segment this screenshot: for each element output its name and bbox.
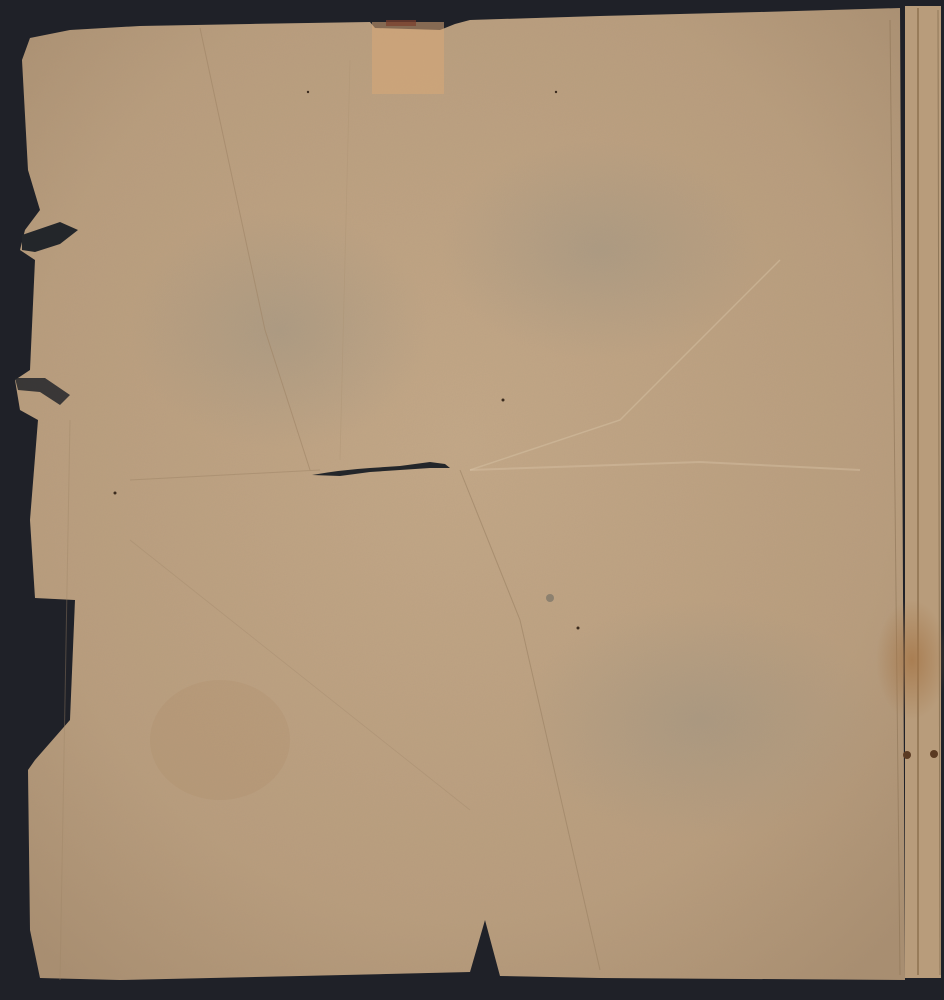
hole-2 — [930, 750, 938, 758]
spine-gutter — [905, 6, 941, 978]
manuscript-page — [0, 0, 944, 1000]
tab-mark — [372, 22, 444, 94]
hole-1 — [903, 751, 911, 759]
paper-leaf — [0, 0, 944, 1000]
